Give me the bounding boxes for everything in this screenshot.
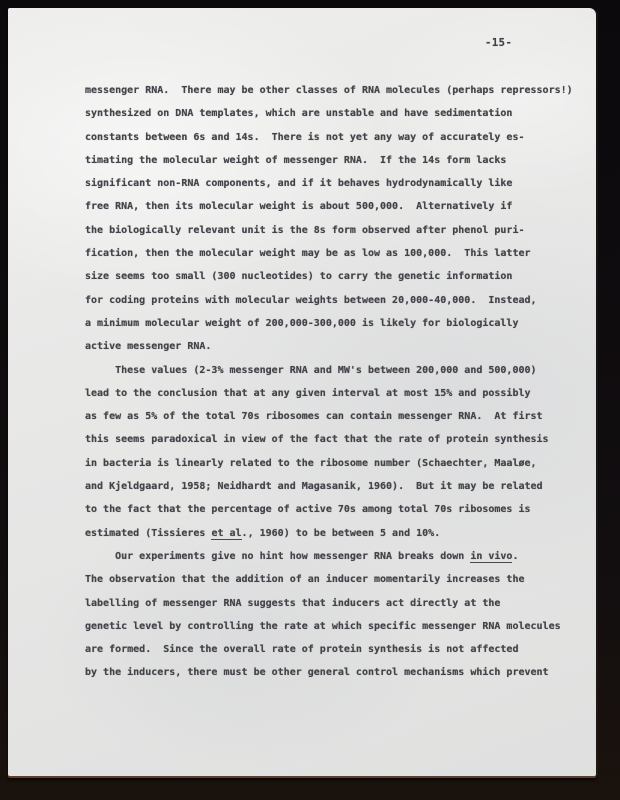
- text-line: a minimum molecular weight of 200,000-30…: [85, 312, 585, 335]
- text-line: The observation that the addition of an …: [85, 568, 585, 591]
- underlined-text: in vivo: [470, 551, 512, 564]
- text-line: Our experiments give no hint how messeng…: [85, 545, 585, 568]
- text-line: size seems too small (300 nucleotides) t…: [85, 265, 585, 288]
- text-line: estimated (Tissieres et al., 1960) to be…: [85, 522, 585, 545]
- text-line: timating the molecular weight of messeng…: [85, 149, 585, 172]
- text-line: synthesized on DNA templates, which are …: [85, 102, 585, 125]
- text-line: lead to the conclusion that at any given…: [85, 382, 585, 405]
- text-line: significant non-RNA components, and if i…: [85, 172, 585, 195]
- text-line: as few as 5% of the total 70s ribosomes …: [85, 405, 585, 428]
- text-line: active messenger RNA.: [85, 335, 585, 358]
- text-line: labelling of messenger RNA suggests that…: [85, 592, 585, 615]
- photo-backdrop: -15- messenger RNA. There may be other c…: [0, 0, 620, 800]
- text-line: fication, then the molecular weight may …: [85, 242, 585, 265]
- document-text: messenger RNA. There may be other classe…: [85, 79, 585, 685]
- text-line: are formed. Since the overall rate of pr…: [85, 638, 585, 661]
- text-line: messenger RNA. There may be other classe…: [85, 79, 585, 102]
- page-number: -15-: [485, 37, 512, 49]
- text-line: and Kjeldgaard, 1958; Neidhardt and Maga…: [85, 475, 585, 498]
- text-line: genetic level by controlling the rate at…: [85, 615, 585, 638]
- document-page: -15- messenger RNA. There may be other c…: [8, 8, 596, 776]
- text-line: this seems paradoxical in view of the fa…: [85, 428, 585, 451]
- underlined-text: et al: [211, 528, 241, 541]
- text-line: constants between 6s and 14s. There is n…: [85, 126, 585, 149]
- text-line: by the inducers, there must be other gen…: [85, 661, 585, 684]
- text-line: the biologically relevant unit is the 8s…: [85, 219, 585, 242]
- text-line: in bacteria is linearly related to the r…: [85, 452, 585, 475]
- text-line: for coding proteins with molecular weigh…: [85, 289, 585, 312]
- text-line: free RNA, then its molecular weight is a…: [85, 195, 585, 218]
- text-line: to the fact that the percentage of activ…: [85, 498, 585, 521]
- text-line: These values (2-3% messenger RNA and MW'…: [85, 359, 585, 382]
